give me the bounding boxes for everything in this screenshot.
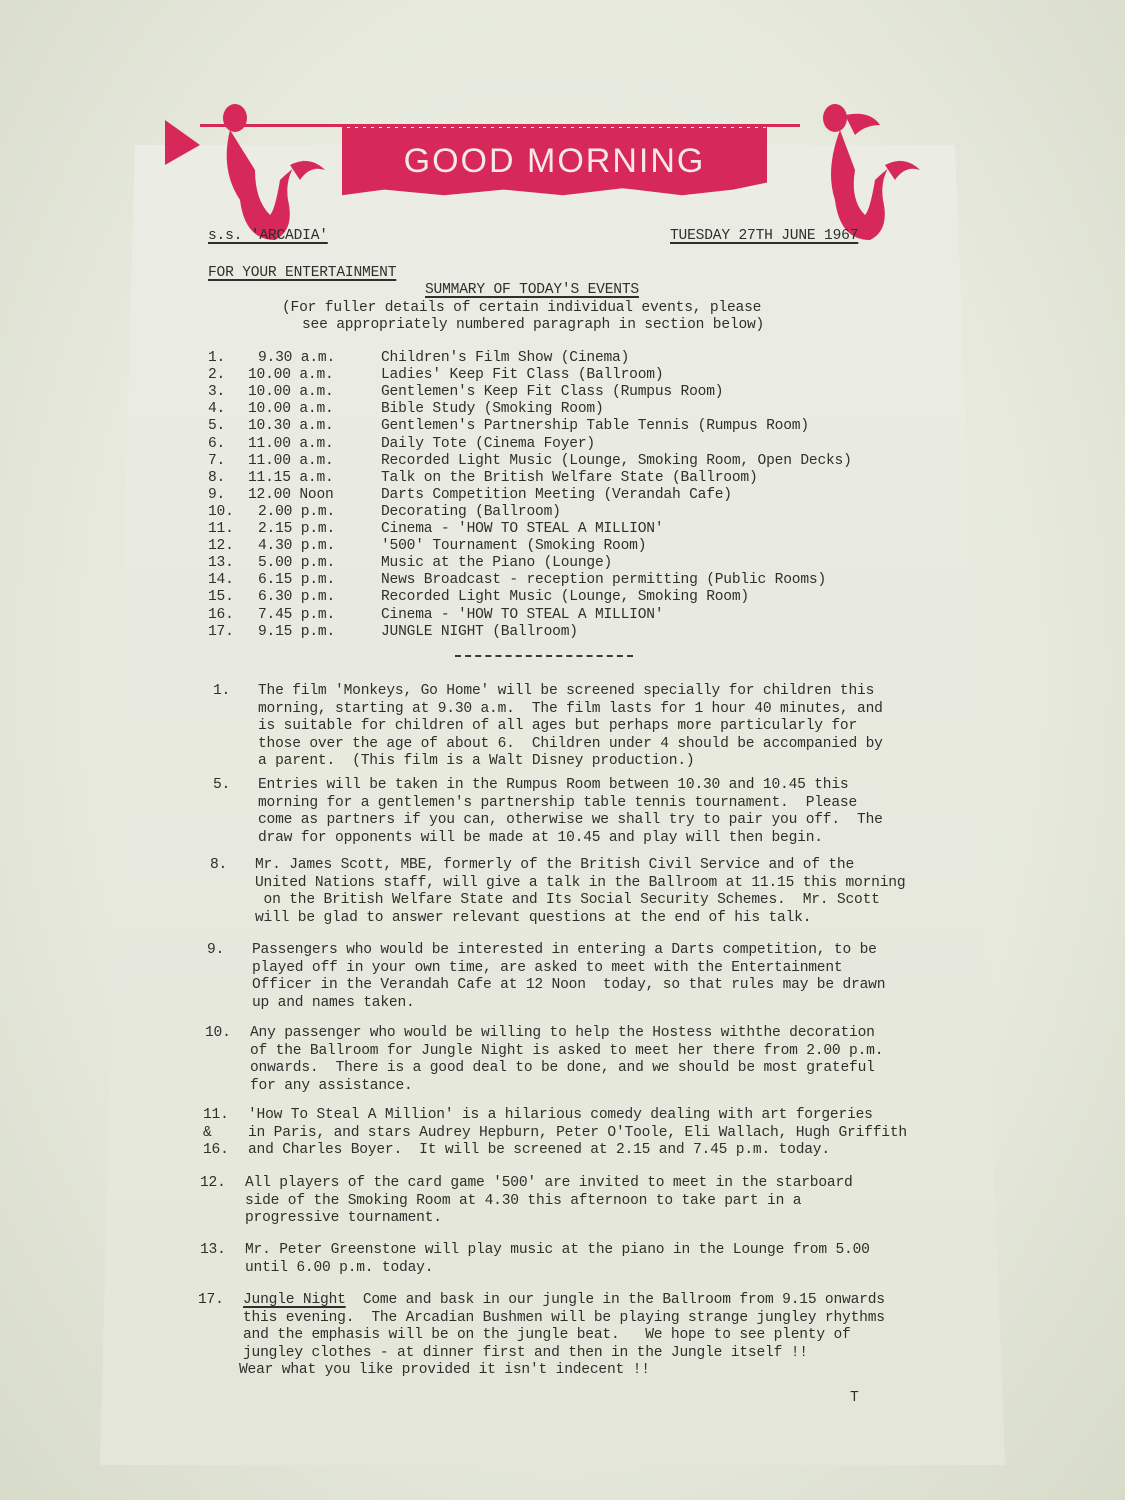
detail-paragraph: Passengers who would be interested in en… xyxy=(252,942,885,1012)
paragraph-text: those over the age of about 6. Children … xyxy=(258,736,883,752)
schedule-event: Talk on the British Welfare State (Ballr… xyxy=(381,470,758,488)
schedule-num: 3. xyxy=(208,384,225,402)
paragraph-line: Officer in the Verandah Cafe at 12 Noon … xyxy=(252,977,885,995)
schedule-event: '500' Tournament (Smoking Room) xyxy=(381,538,646,556)
summary-note: (For fuller details of certain individua… xyxy=(282,300,761,318)
schedule-num: 5. xyxy=(208,418,225,436)
paragraph-text: The film 'Monkeys, Go Home' will be scre… xyxy=(258,683,874,699)
paragraph-text: Entries will be taken in the Rumpus Room… xyxy=(258,777,848,793)
detail-paragraph: Mr. Peter Greenstone will play music at … xyxy=(245,1242,870,1277)
schedule-time: 6.15 p.m. xyxy=(258,572,335,590)
paragraph-line: Entries will be taken in the Rumpus Room… xyxy=(258,777,883,795)
schedule-event: Recorded Light Music (Lounge, Smoking Ro… xyxy=(381,589,749,607)
paragraph-line: United Nations staff, will give a talk i… xyxy=(255,875,905,893)
paragraph-text: side of the Smoking Room at 4.30 this af… xyxy=(245,1193,801,1209)
paragraph-number: 9. xyxy=(207,942,224,960)
paragraph-line: is suitable for children of all ages but… xyxy=(258,718,883,736)
paragraph-text: draw for opponents will be made at 10.45… xyxy=(258,830,823,846)
paragraph-line: up and names taken. xyxy=(252,995,885,1013)
schedule-num: 13. xyxy=(208,555,234,573)
paragraph-line: side of the Smoking Room at 4.30 this af… xyxy=(245,1193,853,1211)
detail-paragraph: Entries will be taken in the Rumpus Room… xyxy=(258,777,883,847)
detail-paragraph: The film 'Monkeys, Go Home' will be scre… xyxy=(258,683,883,771)
detail-paragraph: All players of the card game '500' are i… xyxy=(245,1175,853,1228)
paragraph-text: for any assistance. xyxy=(250,1078,413,1094)
schedule-event: Gentlemen's Keep Fit Class (Rumpus Room) xyxy=(381,384,723,402)
paragraph-line: on the British Welfare State and Its Soc… xyxy=(255,892,905,910)
paragraph-text: will be glad to answer relevant question… xyxy=(255,910,811,926)
schedule-num: 15. xyxy=(208,589,234,607)
schedule-time: 11.00 a.m. xyxy=(248,453,334,471)
paragraph-line: until 6.00 p.m. today. xyxy=(245,1260,870,1278)
paragraph-line: Any passenger who would be willing to he… xyxy=(250,1025,883,1043)
date: TUESDAY 27TH JUNE 1967 xyxy=(670,228,858,246)
schedule-num: 4. xyxy=(208,401,225,419)
paragraph-line: a parent. (This film is a Walt Disney pr… xyxy=(258,753,883,771)
paragraph-text: All players of the card game '500' are i… xyxy=(245,1175,853,1191)
schedule-time: 5.00 p.m. xyxy=(258,555,335,573)
schedule-event: Music at the Piano (Lounge) xyxy=(381,555,612,573)
paragraph-number: 10. xyxy=(205,1025,231,1043)
schedule-time: 10.00 a.m. xyxy=(248,367,334,385)
paragraph-text: come as partners if you can, otherwise w… xyxy=(258,812,883,828)
paragraph-text: jungley clothes - at dinner first and th… xyxy=(243,1345,808,1361)
schedule-num: 16. xyxy=(208,607,234,625)
paragraph-text: Mr. James Scott, MBE, formerly of the Br… xyxy=(255,857,854,873)
schedule-num: 11. xyxy=(208,521,234,539)
paragraph-line: Passengers who would be interested in en… xyxy=(252,942,885,960)
schedule-num: 10. xyxy=(208,504,234,522)
paragraph-line: onwards. There is a good deal to be done… xyxy=(250,1060,883,1078)
paragraph-text: morning for a gentlemen's partnership ta… xyxy=(258,795,857,811)
paragraph-line: morning for a gentlemen's partnership ta… xyxy=(258,795,883,813)
schedule-event: Recorded Light Music (Lounge, Smoking Ro… xyxy=(381,453,852,471)
schedule-time: 2.00 p.m. xyxy=(258,504,335,522)
paragraph-number: 13. xyxy=(200,1242,226,1260)
paragraph-text: 'How To Steal A Million' is a hilarious … xyxy=(248,1107,873,1123)
paragraph-number: 11. & 16. xyxy=(203,1107,229,1160)
schedule-num: 14. xyxy=(208,572,234,590)
paragraph-number: 5. xyxy=(213,777,230,795)
paragraph-text: up and names taken. xyxy=(252,995,415,1011)
schedule-event: Ladies' Keep Fit Class (Ballroom) xyxy=(381,367,663,385)
paragraph-text: of the Ballroom for Jungle Night is aske… xyxy=(250,1043,883,1059)
schedule-time: 10.00 a.m. xyxy=(248,384,334,402)
paragraph-line: Wear what you like provided it isn't ind… xyxy=(239,1362,885,1380)
schedule-num: 17. xyxy=(208,624,234,642)
paragraph-line: 'How To Steal A Million' is a hilarious … xyxy=(248,1107,907,1125)
schedule-time: 11.00 a.m. xyxy=(248,436,334,454)
paragraph-text: is suitable for children of all ages but… xyxy=(258,718,857,734)
paragraph-number: 17. xyxy=(198,1292,224,1310)
paragraph-line: this evening. The Arcadian Bushmen will … xyxy=(243,1310,885,1328)
schedule-event: Cinema - 'HOW TO STEAL A MILLION' xyxy=(381,521,663,539)
schedule-event: Gentlemen's Partnership Table Tennis (Ru… xyxy=(381,418,809,436)
paragraph-line: Mr. Peter Greenstone will play music at … xyxy=(245,1242,870,1260)
paragraph-text: on the British Welfare State and Its Soc… xyxy=(255,892,880,908)
summary-note: see appropriately numbered paragraph in … xyxy=(302,317,764,335)
schedule-num: 1. xyxy=(208,350,225,368)
paragraph-line: All players of the card game '500' are i… xyxy=(245,1175,853,1193)
banner-title: GOOD MORNING xyxy=(342,142,767,181)
paragraph-line: played off in your own time, are asked t… xyxy=(252,960,885,978)
schedule-event: Cinema - 'HOW TO STEAL A MILLION' xyxy=(381,607,663,625)
paragraph-text: played off in your own time, are asked t… xyxy=(252,960,842,976)
paragraph-line: for any assistance. xyxy=(250,1078,883,1096)
paragraph-number: 8. xyxy=(210,857,227,875)
paragraph-line: progressive tournament. xyxy=(245,1210,853,1228)
paragraph-text: onwards. There is a good deal to be done… xyxy=(250,1060,875,1076)
paragraph-text: this evening. The Arcadian Bushmen will … xyxy=(243,1310,885,1326)
paragraph-text: until 6.00 p.m. today. xyxy=(245,1260,433,1276)
ship-name: s.s. 'ARCADIA' xyxy=(208,228,328,246)
schedule-event: Children's Film Show (Cinema) xyxy=(381,350,629,368)
schedule-time: 11.15 a.m. xyxy=(248,470,334,488)
detail-paragraph: Jungle Night Come and bask in our jungle… xyxy=(243,1292,885,1380)
paragraph-text: Officer in the Verandah Cafe at 12 Noon … xyxy=(252,977,885,993)
paragraph-text: Any passenger who would be willing to he… xyxy=(250,1025,875,1041)
schedule-time: 10.00 a.m. xyxy=(248,401,334,419)
schedule-time: 9.15 p.m. xyxy=(258,624,335,642)
schedule-num: 2. xyxy=(208,367,225,385)
schedule-num: 8. xyxy=(208,470,225,488)
schedule-time: 6.30 p.m. xyxy=(258,589,335,607)
schedule-time: 7.45 p.m. xyxy=(258,607,335,625)
paragraph-text: United Nations staff, will give a talk i… xyxy=(255,875,905,891)
schedule-num: 12. xyxy=(208,538,234,556)
schedule-event: Daily Tote (Cinema Foyer) xyxy=(381,436,595,454)
paragraph-text: Come and bask in our jungle in the Ballr… xyxy=(346,1292,885,1308)
divider xyxy=(455,655,633,657)
paragraph-heading: Jungle Night xyxy=(243,1292,346,1308)
paragraph-line: jungley clothes - at dinner first and th… xyxy=(243,1345,885,1363)
detail-paragraph: Any passenger who would be willing to he… xyxy=(250,1025,883,1095)
schedule-event: Decorating (Ballroom) xyxy=(381,504,561,522)
schedule-num: 9. xyxy=(208,487,225,505)
paragraph-text: Wear what you like provided it isn't ind… xyxy=(239,1362,650,1378)
paragraph-text: and Charles Boyer. It will be screened a… xyxy=(248,1142,830,1158)
paragraph-line: in Paris, and stars Audrey Hepburn, Pete… xyxy=(248,1125,907,1143)
schedule-time: 10.30 a.m. xyxy=(248,418,334,436)
schedule-event: Bible Study (Smoking Room) xyxy=(381,401,604,419)
schedule-time: 2.15 p.m. xyxy=(258,521,335,539)
paragraph-line: and Charles Boyer. It will be screened a… xyxy=(248,1142,907,1160)
schedule-time: 4.30 p.m. xyxy=(258,538,335,556)
paragraph-text: Mr. Peter Greenstone will play music at … xyxy=(245,1242,870,1258)
detail-paragraph: Mr. James Scott, MBE, formerly of the Br… xyxy=(255,857,905,927)
schedule-event: News Broadcast - reception permitting (P… xyxy=(381,572,826,590)
paragraph-text: in Paris, and stars Audrey Hepburn, Pete… xyxy=(248,1125,907,1141)
paragraph-text: and the emphasis will be on the jungle b… xyxy=(243,1327,851,1343)
paragraph-number: 12. xyxy=(200,1175,226,1193)
schedule-num: 6. xyxy=(208,436,225,454)
schedule-num: 7. xyxy=(208,453,225,471)
detail-paragraph: 'How To Steal A Million' is a hilarious … xyxy=(248,1107,907,1160)
paragraph-text: a parent. (This film is a Walt Disney pr… xyxy=(258,753,694,769)
schedule-time: 12.00 Noon xyxy=(248,487,334,505)
schedule-event: Darts Competition Meeting (Verandah Cafe… xyxy=(381,487,732,505)
paragraph-line: The film 'Monkeys, Go Home' will be scre… xyxy=(258,683,883,701)
paragraph-text: progressive tournament. xyxy=(245,1210,442,1226)
summary-title: SUMMARY OF TODAY'S EVENTS xyxy=(425,282,639,300)
schedule-time: 9.30 a.m. xyxy=(258,350,335,368)
paragraph-line: come as partners if you can, otherwise w… xyxy=(258,812,883,830)
schedule-event: JUNGLE NIGHT (Ballroom) xyxy=(381,624,578,642)
paragraph-text: morning, starting at 9.30 a.m. The film … xyxy=(258,701,883,717)
paragraph-line: of the Ballroom for Jungle Night is aske… xyxy=(250,1043,883,1061)
typist-initial: T xyxy=(850,1390,859,1408)
paragraph-line: and the emphasis will be on the jungle b… xyxy=(243,1327,885,1345)
section-title: FOR YOUR ENTERTAINMENT xyxy=(208,265,396,283)
paragraph-line: those over the age of about 6. Children … xyxy=(258,736,883,754)
paragraph-line: morning, starting at 9.30 a.m. The film … xyxy=(258,701,883,719)
paragraph-line: Mr. James Scott, MBE, formerly of the Br… xyxy=(255,857,905,875)
paragraph-text: Passengers who would be interested in en… xyxy=(252,942,877,958)
paragraph-line: Jungle Night Come and bask in our jungle… xyxy=(243,1292,885,1310)
paragraph-line: draw for opponents will be made at 10.45… xyxy=(258,830,883,848)
paragraph-number: 1. xyxy=(213,683,230,701)
paragraph-line: will be glad to answer relevant question… xyxy=(255,910,905,928)
